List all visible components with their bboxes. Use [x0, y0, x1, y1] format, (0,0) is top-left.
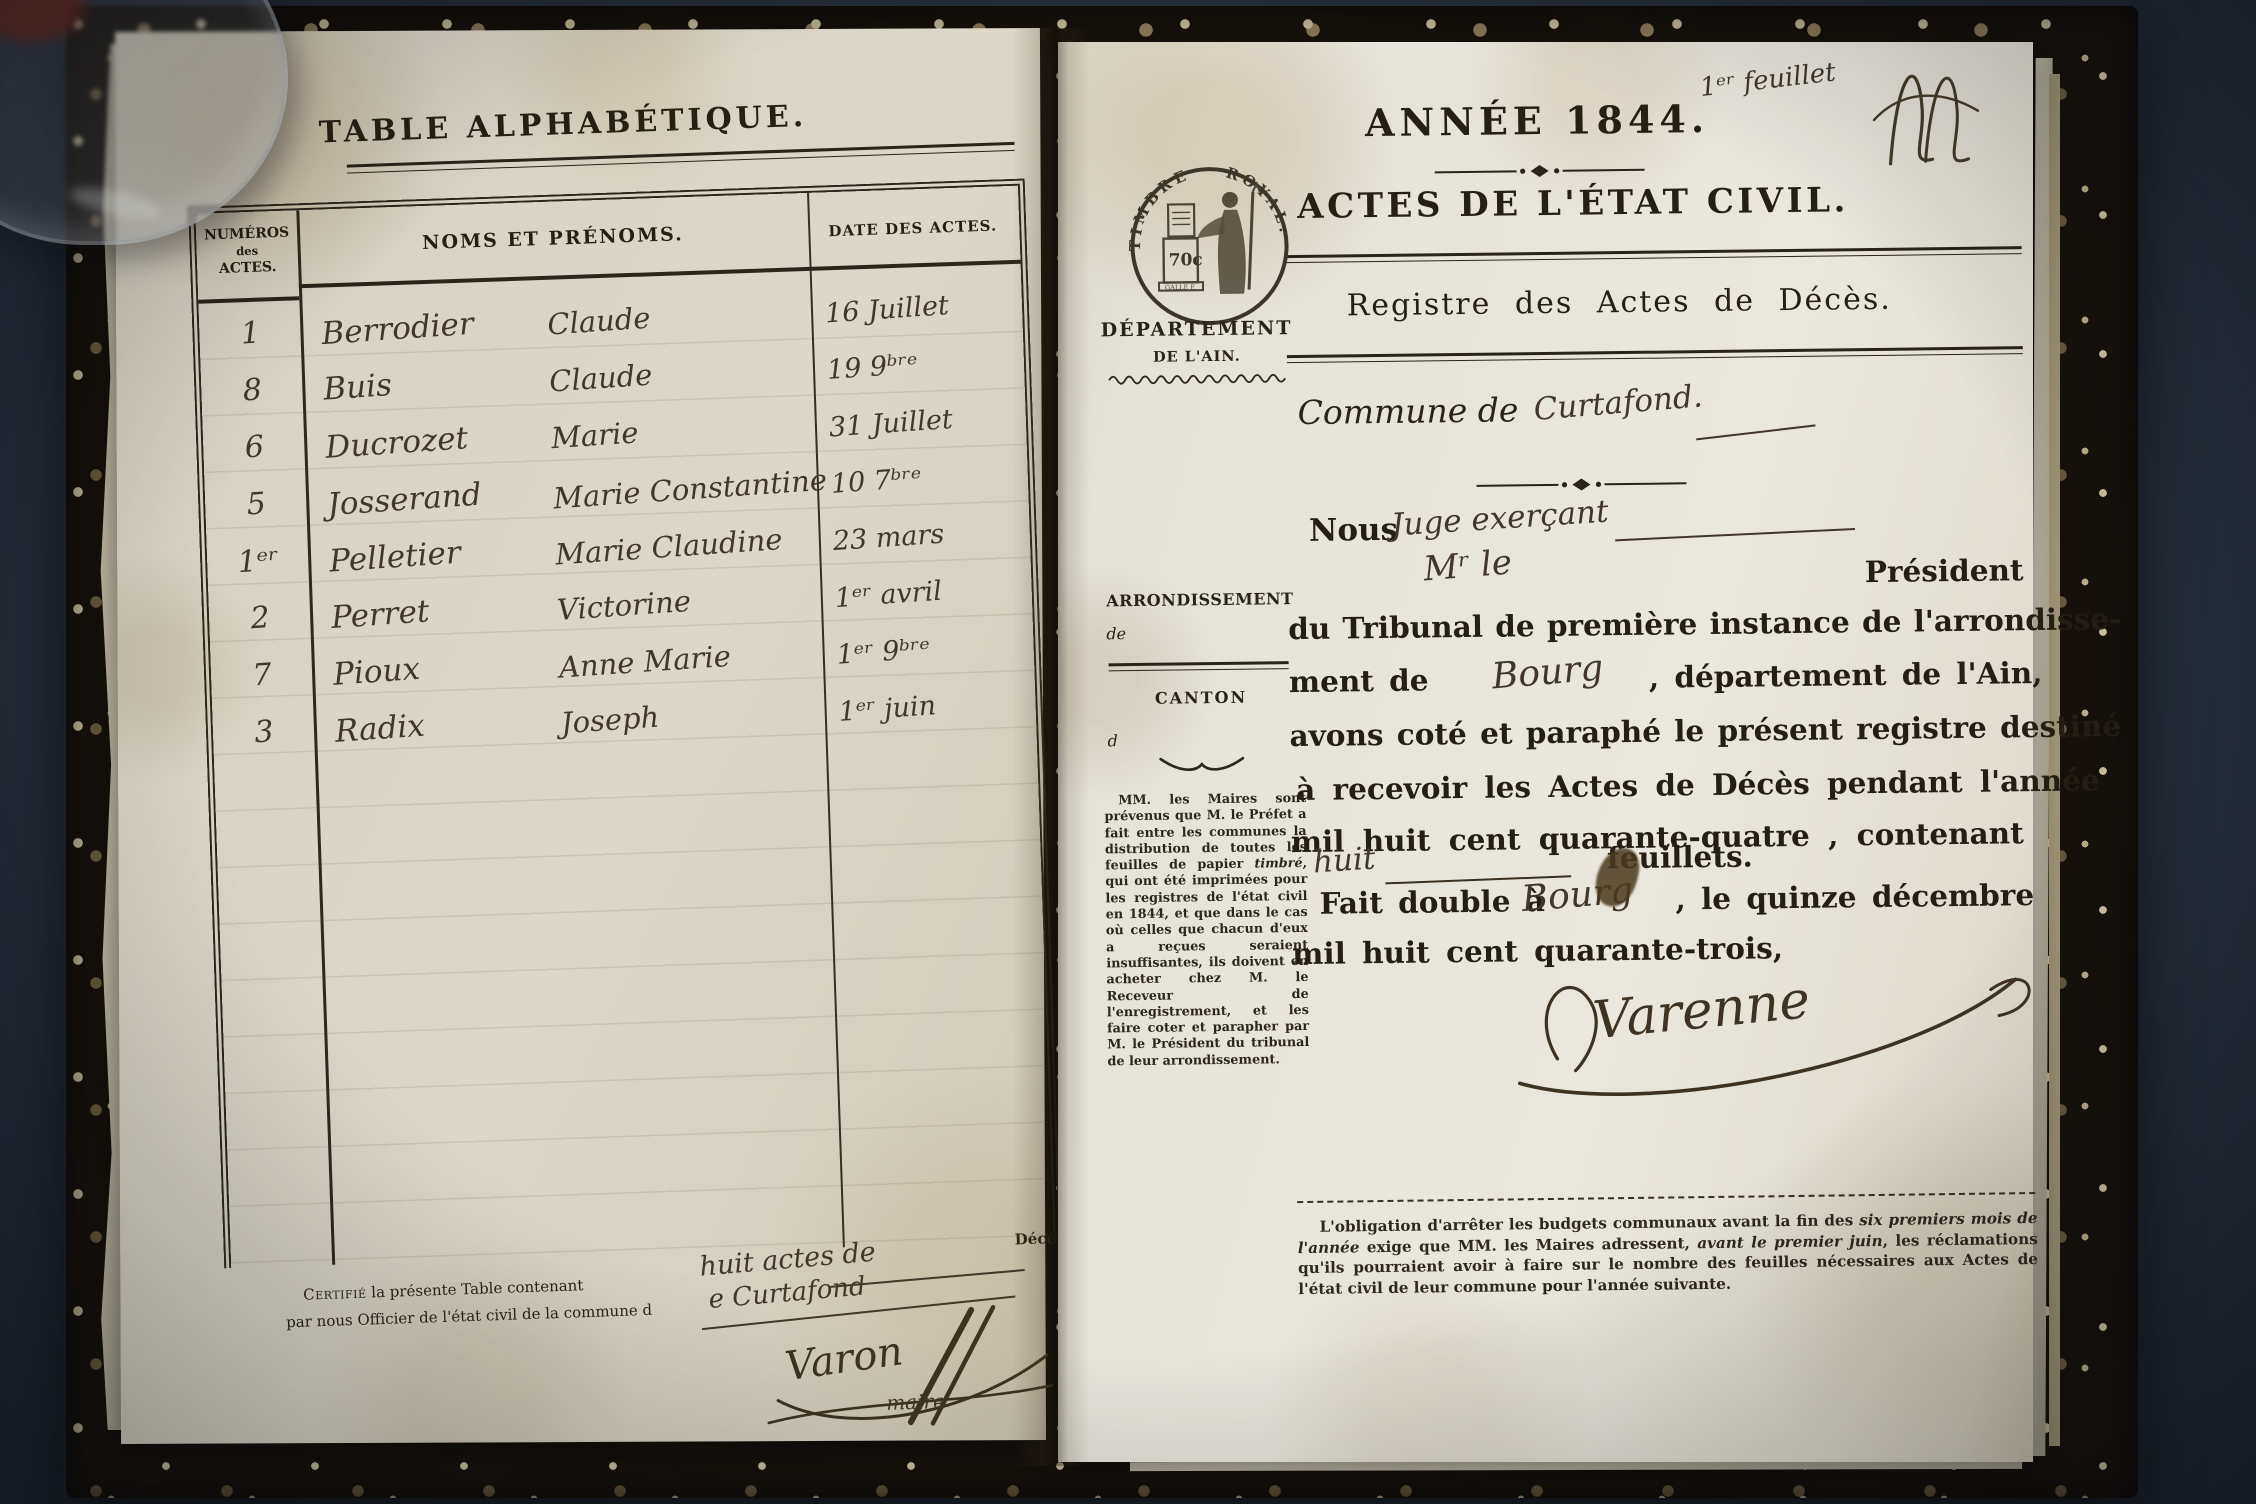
page-stack-edge: [2049, 74, 2060, 1446]
certification-line2: par nous Officier de l'état civil de la …: [286, 1301, 653, 1331]
handwritten-judge: Juge exerçant: [1390, 494, 1610, 544]
act-number: 8: [214, 370, 290, 410]
act-date: 23 mars: [832, 519, 945, 558]
handwritten-huit: huit: [1312, 841, 1377, 881]
margin-departement-2: DE L'AIN.: [1101, 347, 1293, 366]
table-body: 1 Berrodier Claude 16 Juillet 8 Buis Cla…: [198, 276, 1053, 1268]
note-text: exige que MM. les Maires adressent,: [1359, 1234, 1697, 1256]
column-header-date: DATE DES ACTES.: [810, 216, 1015, 241]
president-signature-flourish: Varenne: [1490, 941, 2052, 1113]
act-number: 1: [212, 313, 288, 353]
surname: Ducrozet: [324, 420, 469, 466]
act-number: 6: [216, 427, 292, 467]
act-date: 31 Juillet: [828, 404, 954, 443]
column-header-noms: NOMS ET PRÉNOMS.: [297, 219, 808, 258]
act-date: 1ᵉʳ avril: [834, 576, 943, 614]
squiggle-rule: [1107, 371, 1287, 385]
mayor-title: maire: [886, 1389, 945, 1415]
margin-printed-note: MM. les Maires sont prévenus que M. le P…: [1104, 791, 1309, 1070]
note-text: , qui ont été imprimées pour les registr…: [1105, 856, 1309, 1069]
surname: Perret: [330, 593, 431, 636]
timbre-royal-seal: TIMBRE ROYAL. 70c GALLE F.: [1127, 163, 1293, 337]
seal-value: 70c: [1169, 250, 1203, 270]
body-nous: Nous: [1309, 512, 1398, 549]
margin-canton-d: d: [1107, 731, 1117, 750]
mayor-signature: Varon: [782, 1328, 905, 1390]
surname: Radix: [334, 708, 426, 750]
handwritten-bourg: Bourg: [1490, 647, 1605, 697]
given-name: Claude: [546, 301, 651, 342]
body-president: Président: [1865, 552, 2024, 589]
title-rule: [347, 142, 1015, 174]
act-date: 19 9ᵇʳᵉ: [826, 349, 919, 386]
body-line-ment-de: ment de: [1289, 662, 1429, 699]
left-page: TABLE ALPHABÉTIQUE. NUMÉROS des ACTES. N…: [115, 28, 1046, 1444]
margin-arrondissement-de: de: [1106, 624, 1126, 643]
given-name: Marie: [550, 415, 639, 455]
act-number: 3: [226, 712, 302, 752]
given-name: Joseph: [560, 700, 660, 741]
body-fait-double: Fait double à: [1319, 883, 1545, 921]
right-page: 1ᵉʳ feuillet ANNÉE 1844. ACTES DE L'ÉTAT…: [1058, 42, 2033, 1462]
surname: Buis: [322, 367, 393, 408]
handwritten-mr-le: Mʳ le: [1422, 542, 1513, 589]
bottom-printed-note: L'obligation d'arrêter les budgets commu…: [1297, 1208, 2038, 1299]
surname: Josserand: [326, 477, 482, 524]
column-header-numeros: NUMÉROS des ACTES.: [196, 224, 299, 278]
right-page-content: 1ᵉʳ feuillet ANNÉE 1844. ACTES DE L'ÉTAT…: [1051, 36, 2043, 1468]
registry-book-photo: TABLE ALPHABÉTIQUE. NUMÉROS des ACTES. N…: [0, 0, 2256, 1504]
surname: Pioux: [332, 651, 421, 693]
act-number: 2: [222, 598, 298, 638]
body-line-departement: , département de l'Ain,: [1649, 655, 2043, 695]
margin-canton: CANTON: [1105, 687, 1297, 708]
margin-rule: [1109, 661, 1289, 671]
body-line-tribunal: du Tribunal de première instance de l'ar…: [1288, 601, 2122, 646]
brace-ornament: [1122, 753, 1282, 775]
surname: Berrodier: [320, 306, 474, 352]
body-line-recevoir: à recevoir les Actes de Décès pendant l'…: [1296, 762, 2100, 807]
header-line: NUMÉROS: [196, 224, 298, 244]
handwritten-rule: [1615, 528, 1855, 541]
certifie-rest: la présente Table contenant: [366, 1276, 583, 1301]
president-signature: Varenne: [1591, 970, 1813, 1051]
certifie-word: Certifié: [303, 1284, 367, 1304]
act-date: 1ᵉʳ juin: [838, 690, 937, 728]
alphabetical-table: NUMÉROS des ACTES. NOMS ET PRÉNOMS. DATE…: [188, 179, 1061, 1269]
body-line-quinze: , le quinze décembre: [1675, 877, 2034, 916]
act-number: 5: [218, 484, 294, 524]
header-line: ACTES.: [197, 258, 299, 278]
given-name: Claude: [548, 358, 653, 399]
act-date: 16 Juillet: [824, 290, 950, 329]
left-page-content: TABLE ALPHABÉTIQUE. NUMÉROS des ACTES. N…: [98, 14, 1071, 1457]
margin-arrondissement: ARRONDISSEMENT: [1104, 589, 1296, 610]
act-date: 10 7ᵇʳᵉ: [830, 463, 923, 500]
act-number: 1ᵉʳ: [220, 541, 296, 581]
act-date: 1ᵉʳ 9ᵇʳᵉ: [836, 633, 931, 670]
given-name: Victorine: [556, 584, 692, 627]
act-number: 7: [224, 655, 300, 695]
margin-departement: DÉPARTEMENT: [1100, 317, 1292, 341]
seal-engraver: GALLE F.: [1165, 283, 1196, 291]
certification-line1: Certifié la présente Table contenant: [303, 1276, 584, 1304]
note-italic: avant le premier juin: [1697, 1232, 1883, 1252]
surname: Pelletier: [328, 535, 462, 580]
body-line-avons: avons coté et paraphé le présent registr…: [1289, 708, 2121, 753]
